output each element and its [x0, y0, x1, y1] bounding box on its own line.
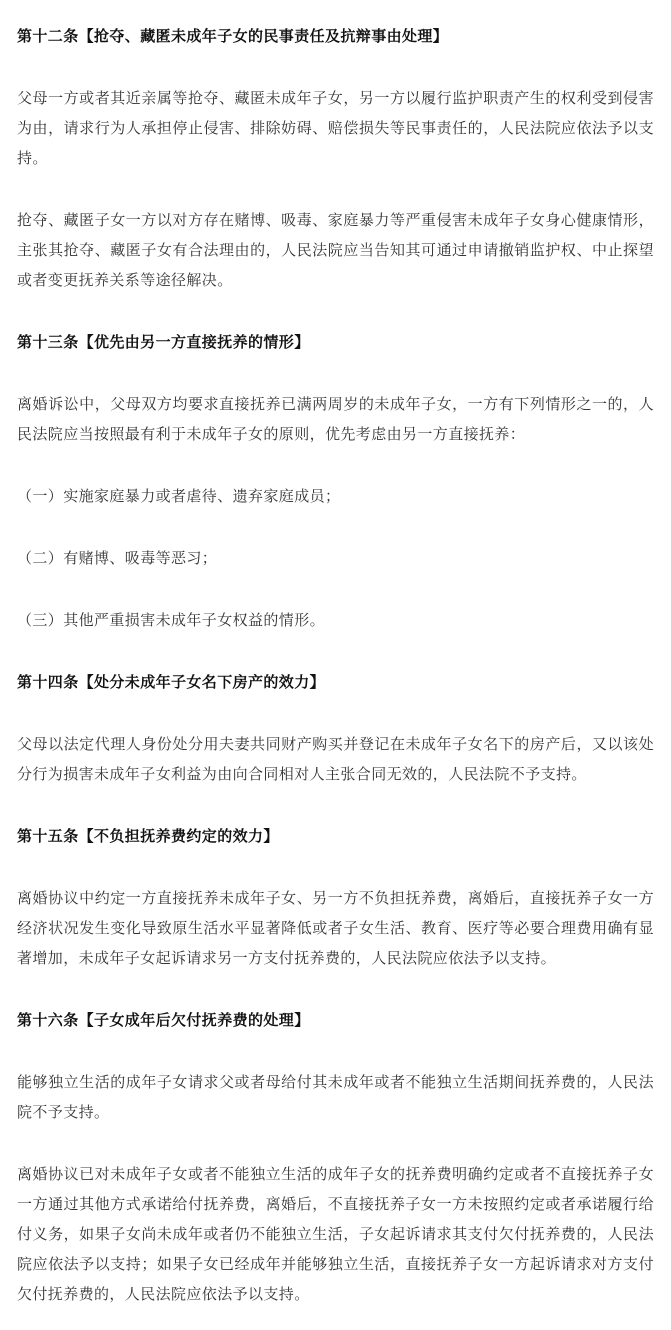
article-16-section: 第十六条【子女成年后欠付抚养费的处理】 能够独立生活的成年子女请求父或者母给付其…: [17, 1006, 654, 1310]
article-13-heading: 第十三条【优先由另一方直接抚养的情形】: [17, 328, 654, 358]
article-12-heading: 第十二条【抢夺、藏匿未成年子女的民事责任及抗辩事由处理】: [17, 22, 654, 52]
article-16-heading: 第十六条【子女成年后欠付抚养费的处理】: [17, 1006, 654, 1036]
article-16-paragraph-1: 能够独立生活的成年子女请求父或者母给付其未成年或者不能独立生活期间抚养费的，人民…: [17, 1068, 654, 1128]
article-13-paragraph-1: 离婚诉讼中，父母双方均要求直接抚养已满两周岁的未成年子女，一方有下列情形之一的，…: [17, 390, 654, 450]
article-15-paragraph-1: 离婚协议中约定一方直接抚养未成年子女、另一方不负担抚养费，离婚后，直接抚养子女一…: [17, 884, 654, 974]
article-14-heading: 第十四条【处分未成年子女名下房产的效力】: [17, 668, 654, 698]
article-14-paragraph-1: 父母以法定代理人身份处分用夫妻共同财产购买并登记在未成年子女名下的房产后，又以该…: [17, 730, 654, 790]
legal-document-page: 第十二条【抢夺、藏匿未成年子女的民事责任及抗辩事由处理】 父母一方或者其近亲属等…: [0, 0, 671, 1330]
article-12-paragraph-2: 抢夺、藏匿子女一方以对方存在赌博、吸毒、家庭暴力等严重侵害未成年子女身心健康情形…: [17, 206, 654, 296]
article-13-section: 第十三条【优先由另一方直接抚养的情形】 离婚诉讼中，父母双方均要求直接抚养已满两…: [17, 328, 654, 636]
article-16-paragraph-2: 离婚协议已对未成年子女或者不能独立生活的成年子女的抚养费明确约定或者不直接抚养子…: [17, 1160, 654, 1310]
article-12-paragraph-1: 父母一方或者其近亲属等抢夺、藏匿未成年子女，另一方以履行监护职责产生的权利受到侵…: [17, 84, 654, 174]
article-14-section: 第十四条【处分未成年子女名下房产的效力】 父母以法定代理人身份处分用夫妻共同财产…: [17, 668, 654, 790]
article-13-list-item-2: （二）有赌博、吸毒等恶习；: [17, 544, 654, 574]
article-15-section: 第十五条【不负担抚养费约定的效力】 离婚协议中约定一方直接抚养未成年子女、另一方…: [17, 822, 654, 974]
article-13-list-item-3: （三）其他严重损害未成年子女权益的情形。: [17, 606, 654, 636]
article-12-section: 第十二条【抢夺、藏匿未成年子女的民事责任及抗辩事由处理】 父母一方或者其近亲属等…: [17, 22, 654, 296]
article-15-heading: 第十五条【不负担抚养费约定的效力】: [17, 822, 654, 852]
article-13-list-item-1: （一）实施家庭暴力或者虐待、遗弃家庭成员；: [17, 482, 654, 512]
